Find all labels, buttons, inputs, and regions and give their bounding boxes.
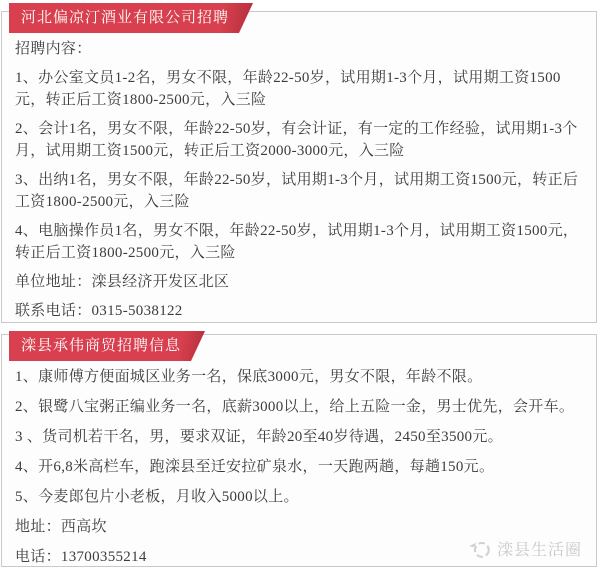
job-item: 4、电脑操作员1名，男女不限，年龄22-50岁，试用期1-3个月，试用期工资15… — [15, 220, 583, 264]
job-item: 3、出纳1名，男女不限，年龄22-50岁，试用期1-3个月，试用期工资1500元… — [15, 169, 583, 213]
trading-address: 地址：西高坎 — [15, 516, 583, 538]
watermark: 滦县生活圈 — [468, 537, 582, 560]
trading-recruitment-badge: 滦县承伟商贸招聘信息 — [9, 331, 205, 361]
job-item: 3 、货司机若干名，男，要求双证，年龄20至40岁待遇，2450至3500元。 — [15, 426, 583, 448]
recruitment-notice-company: 河北偏凉汀酒业有限公司招聘 招聘内容： 1、办公室文员1-2名，男女不限，年龄2… — [1, 11, 597, 323]
company-recruitment-badge: 河北偏凉汀酒业有限公司招聘 — [9, 3, 253, 33]
job-item: 1、康师傅方便面城区业务一名，保底3000元，男女不限，年龄不限。 — [15, 366, 583, 388]
watermark-label: 滦县生活圈 — [497, 537, 582, 560]
job-item: 2、银鹭八宝粥正编业务一名，底薪3000以上，给上五险一金，男士优先，会开车。 — [15, 396, 583, 418]
life-circle-logo-icon — [468, 538, 492, 560]
job-item: 5、今麦郎包片小老板，月收入5000以上。 — [15, 486, 583, 508]
job-item: 2、会计1名，男女不限，年龄22-50岁，有会计证，有一定的工作经验，试用期1-… — [15, 118, 583, 162]
company-phone: 联系电话：0315-5038122 — [15, 300, 583, 322]
job-item: 1、办公室文员1-2名，男女不限，年龄22-50岁，试用期1-3个月，试用期工资… — [15, 67, 583, 111]
company-address: 单位地址：滦县经济开发区北区 — [15, 271, 583, 293]
job-item: 4、开6,8米高栏车，跑滦县至迁安拉矿泉水，一天跑两趟，每趟150元。 — [15, 456, 583, 478]
recruitment-intro: 招聘内容： — [15, 38, 583, 60]
recruitment-notice-trading: 滦县承伟商贸招聘信息 1、康师傅方便面城区业务一名，保底3000元，男女不限，年… — [1, 334, 597, 567]
